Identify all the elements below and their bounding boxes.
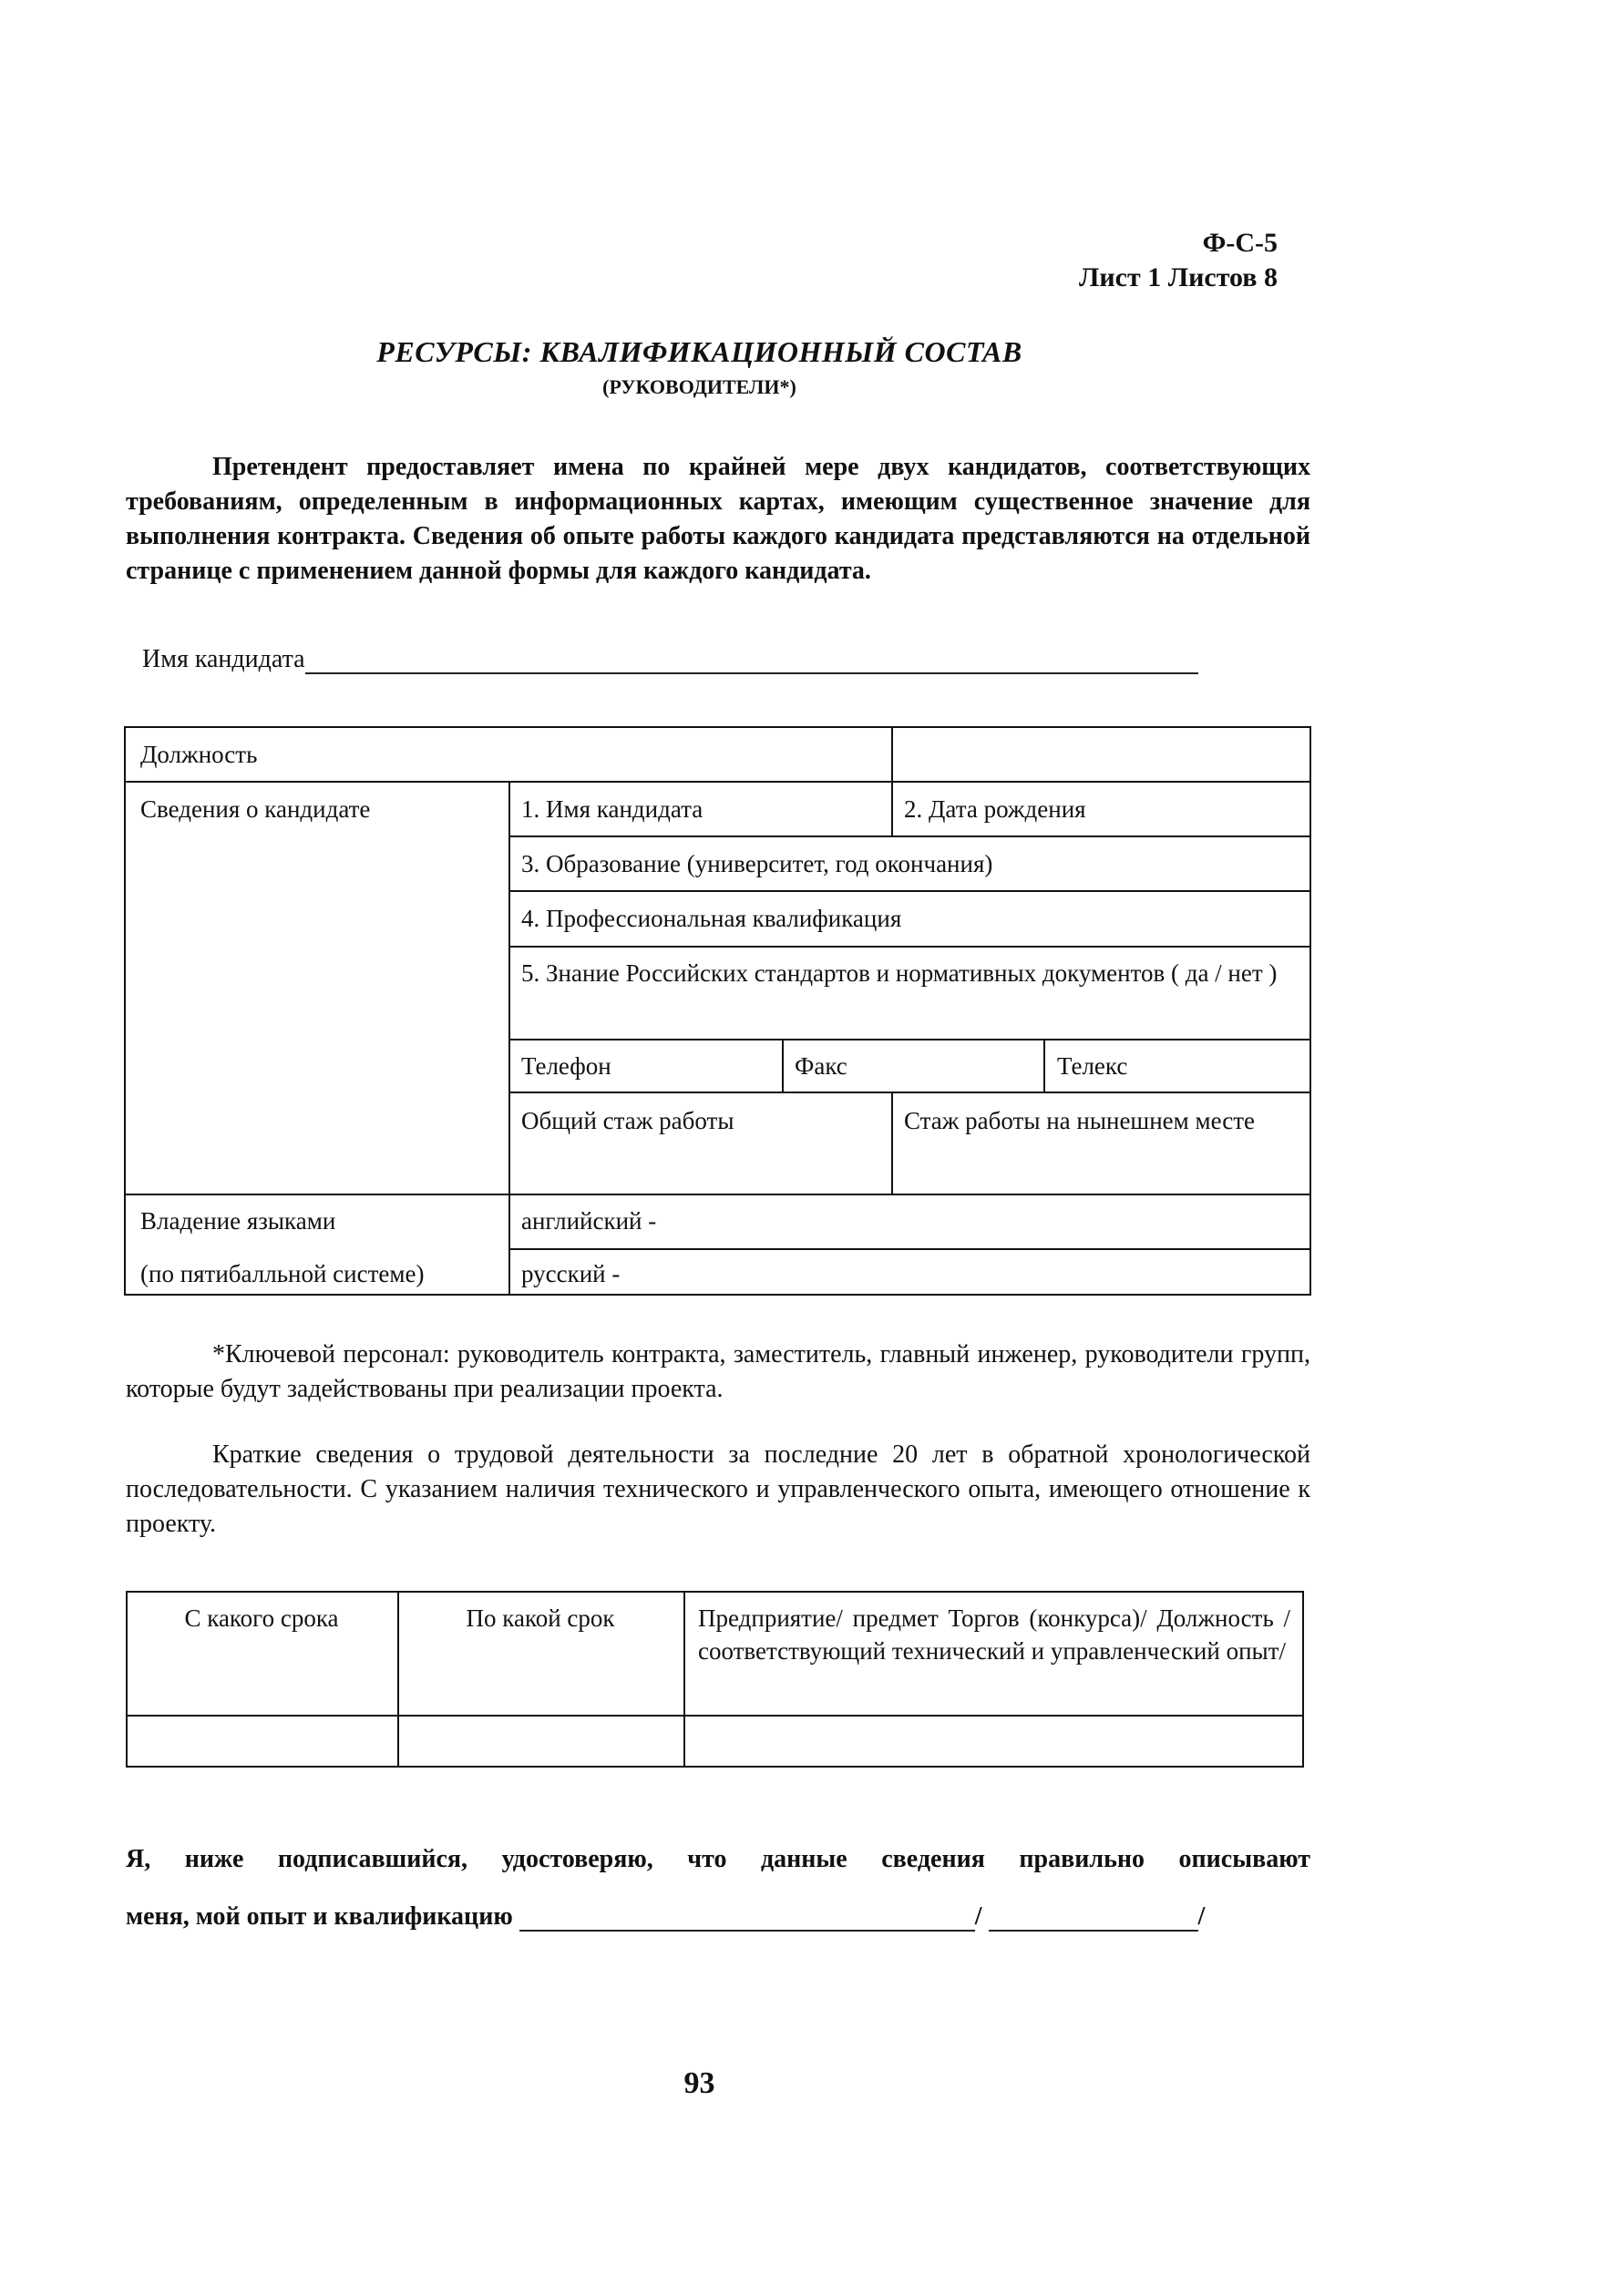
- divider: [508, 781, 510, 1296]
- sheet-info: Лист 1 Листов 8: [1079, 261, 1278, 295]
- candidate-info-label: Сведения о кандидате: [140, 793, 370, 825]
- date-field[interactable]: [989, 1904, 1198, 1932]
- divider: [508, 946, 1311, 948]
- english-level-field[interactable]: английский -: [521, 1204, 656, 1237]
- divider: [891, 1092, 893, 1194]
- intro-paragraph: Претендент предоставляет имена по крайне…: [126, 450, 1310, 589]
- certification-line-2: меня, мой опыт и квалификацию / /: [126, 1902, 1205, 1932]
- divider: [1043, 1039, 1045, 1092]
- languages-scale-label: (по пятибалльной системе): [140, 1257, 424, 1290]
- russian-level-field[interactable]: русский -: [521, 1257, 620, 1290]
- signature-field[interactable]: [519, 1904, 975, 1932]
- divider: [508, 1092, 1311, 1093]
- education-field[interactable]: 3. Образование (университет, год окончан…: [521, 847, 992, 880]
- divider: [508, 890, 1311, 892]
- table-cell-details[interactable]: [685, 1717, 1302, 1766]
- table-cell-from[interactable]: [128, 1717, 395, 1766]
- divider: [508, 1039, 1311, 1040]
- current-experience-field[interactable]: Стаж работы на нынешнем месте: [904, 1104, 1298, 1137]
- divider: [124, 1194, 1311, 1195]
- telex-field[interactable]: Телекс: [1057, 1050, 1127, 1082]
- divider: [891, 726, 893, 835]
- certification-text: меня, мой опыт и квалификацию: [126, 1902, 513, 1931]
- phone-field[interactable]: Телефон: [521, 1050, 611, 1082]
- column-header-details: Предприятие/ предмет Торгов (конкурса)/ …: [698, 1602, 1290, 1667]
- separator: /: [975, 1902, 982, 1931]
- candidate-name-field[interactable]: 1. Имя кандидата: [521, 793, 703, 825]
- total-experience-field[interactable]: Общий стаж работы: [521, 1104, 734, 1137]
- form-code: Ф-С-5: [1079, 226, 1278, 261]
- column-header-to: По какой срок: [397, 1602, 683, 1635]
- form-header: Ф-С-5 Лист 1 Листов 8: [1079, 226, 1278, 295]
- candidate-name-row: Имя кандидата: [142, 645, 1198, 674]
- page-subtitle: (РУКОВОДИТЕЛИ*): [0, 375, 1399, 399]
- work-history-intro: Краткие сведения о трудовой деятельности…: [126, 1438, 1310, 1542]
- divider: [508, 1248, 1311, 1250]
- footnote: *Ключевой персонал: руководитель контрак…: [126, 1338, 1310, 1407]
- fax-field[interactable]: Факс: [795, 1050, 847, 1082]
- position-input[interactable]: [902, 738, 1303, 774]
- page-title: РЕСУРСЫ: КВАЛИФИКАЦИОННЫЙ СОСТАВ: [0, 335, 1399, 369]
- position-label: Должность: [140, 738, 257, 771]
- birth-date-field[interactable]: 2. Дата рождения: [904, 793, 1086, 825]
- divider: [782, 1039, 784, 1092]
- languages-label: Владение языками: [140, 1204, 335, 1237]
- divider: [126, 1715, 1304, 1717]
- page-number: 93: [0, 2066, 1399, 2101]
- qualification-field[interactable]: 4. Профессиональная квалификация: [521, 902, 901, 935]
- table-cell-to[interactable]: [399, 1717, 682, 1766]
- candidate-name-label: Имя кандидата: [142, 645, 305, 673]
- certification-line-1: Я, ниже подписавшийся, удостоверяю, что …: [126, 1842, 1310, 1877]
- standards-field[interactable]: 5. Знание Российских стандартов и нормат…: [521, 957, 1298, 989]
- divider: [124, 781, 1311, 783]
- separator: /: [1198, 1902, 1206, 1931]
- divider: [508, 835, 1311, 837]
- candidate-name-input[interactable]: [305, 649, 1198, 674]
- column-header-from: С какого срока: [126, 1602, 397, 1635]
